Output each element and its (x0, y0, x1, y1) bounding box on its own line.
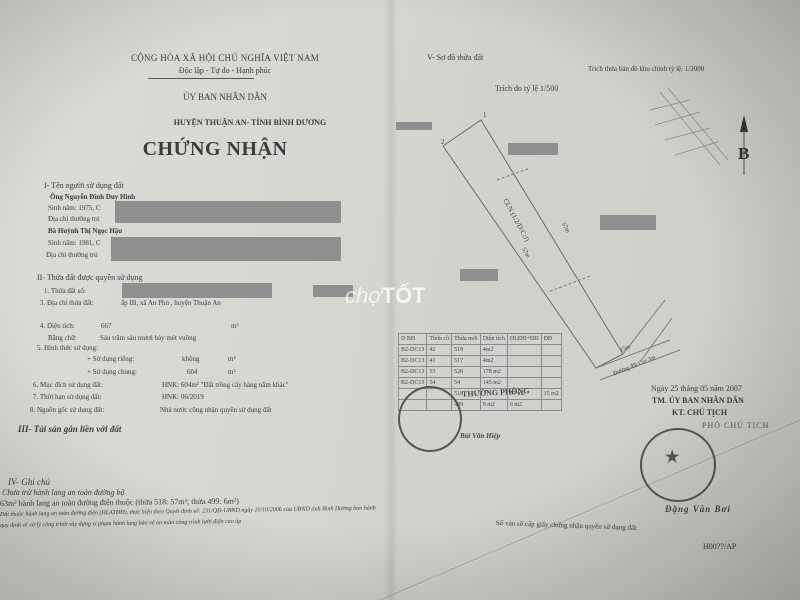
chotot-watermark: chợTỐT (345, 283, 426, 309)
signature-date: Ngày 25 tháng 05 năm 2007 (651, 384, 742, 393)
table-row: B2-DC13425194m2 (399, 345, 562, 356)
left-signer: Bùi Văn Hiệp (460, 432, 500, 440)
table-header-row: D BĐ Thửa cũ Thửa mới Diện tích HLĐĐ+ĐĐ … (399, 334, 562, 345)
table-header: ĐĐ (541, 334, 561, 345)
north-label: B (738, 144, 749, 164)
redaction-block (600, 215, 656, 230)
chairman-signature: Đặng Văn Bơi (665, 504, 731, 514)
redaction-block (460, 269, 498, 281)
table-header: Thửa cũ (427, 334, 452, 345)
point-label-1: 1 (483, 111, 487, 119)
signature-org: TM. ỦY BAN NHÂN DÂN (652, 396, 744, 405)
point-label-2: 2 (441, 138, 445, 146)
table-header: D BĐ (399, 334, 427, 345)
seal-star-icon: ★ (665, 447, 679, 467)
official-seal-left (398, 386, 462, 452)
registration-number: H00??/AP (703, 542, 736, 551)
redaction-block (396, 122, 432, 130)
table-header: Diện tích (480, 334, 507, 345)
table-row: B2-DC1353520178 m2 (399, 367, 562, 378)
signature-role-1: KT. CHỦ TỊCH (672, 408, 727, 417)
table-row: B2-DC13415174m2 (399, 356, 562, 367)
redaction-block (508, 143, 558, 155)
signature-role-2: PHÓ CHỦ TỊCH (702, 421, 769, 430)
watermark-part-2: TỐT (382, 283, 426, 308)
watermark-part-1: chợ (345, 283, 382, 308)
table-header: Thửa mới (452, 334, 481, 345)
table-header: HLĐĐ+ĐĐ (507, 334, 541, 345)
